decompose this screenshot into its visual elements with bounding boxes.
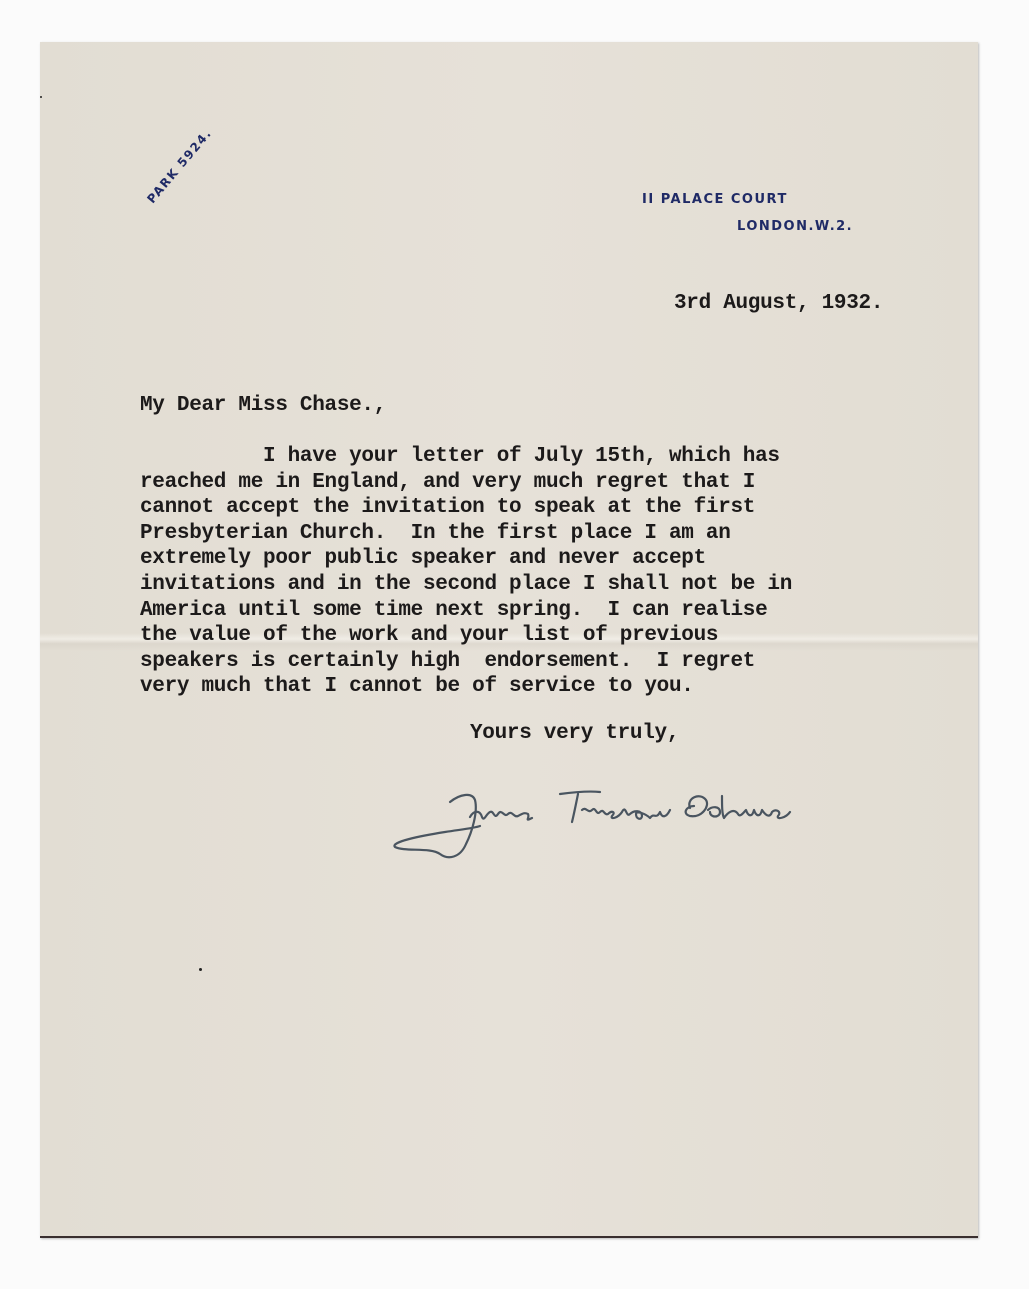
letter-paper: PARK 5924. II PALACE COURT LONDON.W.2. 3…	[40, 42, 978, 1238]
letter-date: 3rd August, 1932.	[674, 292, 883, 315]
body-line: the value of the work and your list of p…	[140, 623, 792, 649]
body-line: America until some time next spring. I c…	[140, 598, 792, 624]
handwritten-signature	[390, 762, 820, 862]
letterhead-address-line2: LONDON.W.2.	[737, 219, 853, 234]
paper-speck	[40, 96, 42, 98]
body-line: extremely poor public speaker and never …	[140, 546, 792, 572]
paper-speck	[199, 968, 202, 971]
signature-icon	[390, 762, 820, 862]
salutation: My Dear Miss Chase.,	[140, 394, 386, 417]
letterhead-phone: PARK 5924.	[144, 126, 214, 206]
letterhead-address-line1: II PALACE COURT	[642, 192, 788, 207]
body-line: very much that I cannot be of service to…	[140, 674, 792, 700]
closing: Yours very truly,	[470, 722, 679, 745]
letter-body: I have your letter of July 15th, which h…	[140, 444, 792, 700]
body-line: I have your letter of July 15th, which h…	[140, 444, 792, 470]
body-line: invitations and in the second place I sh…	[140, 572, 792, 598]
body-line: speakers is certainly high endorsement. …	[140, 649, 792, 675]
body-line: Presbyterian Church. In the first place …	[140, 521, 792, 547]
body-line: reached me in England, and very much reg…	[140, 470, 792, 496]
body-line: cannot accept the invitation to speak at…	[140, 495, 792, 521]
